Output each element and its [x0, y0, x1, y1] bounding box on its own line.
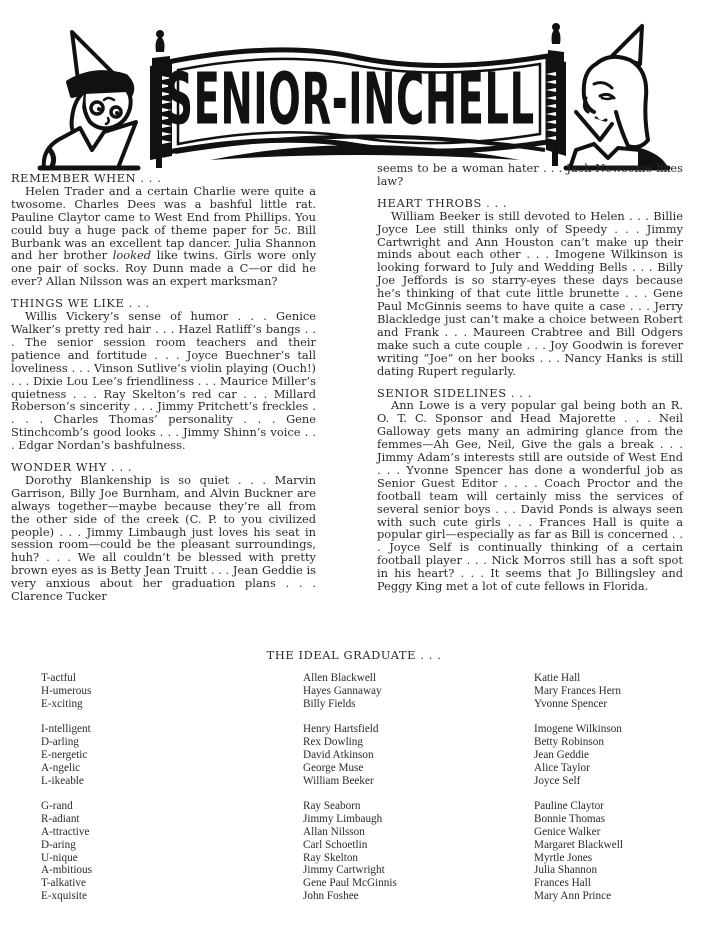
- boy-name: Jimmy Cartwright: [303, 864, 397, 877]
- boy-name: William Beeker: [303, 775, 397, 788]
- girl-name: Frances Hall: [534, 877, 623, 890]
- trait-item: A-ttractive: [41, 826, 92, 839]
- girl-name: Genice Walker: [534, 826, 623, 839]
- boy-name: Hayes Gannaway: [303, 685, 397, 698]
- boy-name: Allan Nilsson: [303, 826, 397, 839]
- trait-item: A-mbitious: [41, 864, 92, 877]
- section-body: Willis Vickery’s sense of humor . . . Ge…: [11, 310, 316, 452]
- ideal-group-graduate: Ray SeabornJimmy LimbaughAllan NilssonCa…: [303, 800, 397, 902]
- right-column: seems to be a woman hater . . . Jack New…: [377, 162, 683, 602]
- trait-item: L-ikeable: [41, 775, 92, 788]
- trait-item: I-ntelligent: [41, 723, 92, 736]
- girl-name: Jean Geddie: [534, 749, 623, 762]
- trait-item: U-nique: [41, 852, 92, 865]
- section-things-we-like: THINGS WE LIKE . . . Willis Vickery’s se…: [11, 297, 316, 452]
- trait-item: D-arling: [41, 736, 92, 749]
- ideal-boys-column: Allen BlackwellHayes GannawayBilly Field…: [303, 672, 397, 916]
- section-wonder-why: WONDER WHY . . . Dorothy Blankenship is …: [11, 461, 316, 603]
- boy-name: Allen Blackwell: [303, 672, 397, 685]
- trait-item: E-xquisite: [41, 890, 92, 903]
- boy-name: Henry Hartsfield: [303, 723, 397, 736]
- newspaper-page: SENIOR-INCHELL REMEMBER WHEN . . . Helen…: [0, 0, 708, 940]
- ideal-group-graduate: G-randR-adiantA-ttractiveD-aringU-niqueA…: [41, 800, 92, 902]
- girl-name: Betty Robinson: [534, 736, 623, 749]
- trait-item: R-adiant: [41, 813, 92, 826]
- boy-name: David Atkinson: [303, 749, 397, 762]
- boy-name: John Foshee: [303, 890, 397, 903]
- section-body: William Beeker is still devoted to Helen…: [377, 210, 683, 378]
- trait-item: G-rand: [41, 800, 92, 813]
- boy-name: George Muse: [303, 762, 397, 775]
- boy-name: Gene Paul McGinnis: [303, 877, 397, 890]
- emphasis-text: looked: [113, 248, 151, 262]
- boy-in-party-hat-icon: [40, 32, 138, 168]
- section-heading: HEART THROBS . . .: [377, 197, 683, 210]
- trait-item: T-actful: [41, 672, 92, 685]
- trait-item: H-umerous: [41, 685, 92, 698]
- ideal-group-ideal: I-ntelligentD-arlingE-nergeticA-ngelicL-…: [41, 723, 92, 787]
- ideal-traits-column: T-actfulH-umerousE-xcitingI-ntelligentD-…: [41, 672, 92, 916]
- girl-name: Yvonne Spencer: [534, 698, 623, 711]
- boy-name: Ray Skelton: [303, 852, 397, 865]
- girl-name: Mary Frances Hern: [534, 685, 623, 698]
- section-body: Helen Trader and a certain Charlie were …: [11, 185, 316, 288]
- trait-item: T-alkative: [41, 877, 92, 890]
- masthead: SENIOR-INCHELL: [0, 0, 708, 172]
- section-body: Ann Lowe is a very popular gal being bot…: [377, 399, 683, 593]
- girl-in-party-hat-icon: [566, 26, 668, 168]
- ideal-group-graduate: Pauline ClaytorBonnie ThomasGenice Walke…: [534, 800, 623, 902]
- boy-name: Jimmy Limbaugh: [303, 813, 397, 826]
- section-heart-throbs: HEART THROBS . . . William Beeker is sti…: [377, 197, 683, 378]
- trait-item: D-aring: [41, 839, 92, 852]
- girl-name: Myrtle Jones: [534, 852, 623, 865]
- ideal-girls-column: Katie HallMary Frances HernYvonne Spence…: [534, 672, 623, 916]
- boy-name: Ray Seaborn: [303, 800, 397, 813]
- trait-item: E-xciting: [41, 698, 92, 711]
- continued-text: seems to be a woman hater . . . Jack New…: [377, 162, 683, 188]
- section-heading: WONDER WHY . . .: [11, 461, 316, 474]
- boy-name: Billy Fields: [303, 698, 397, 711]
- girl-name: Margaret Blackwell: [534, 839, 623, 852]
- section-body: Dorothy Blankenship is so quiet . . . Ma…: [11, 474, 316, 603]
- ideal-group-the: Allen BlackwellHayes GannawayBilly Field…: [303, 672, 397, 710]
- girl-name: Bonnie Thomas: [534, 813, 623, 826]
- ideal-graduate-title: THE IDEAL GRADUATE . . .: [0, 648, 708, 662]
- girl-name: Alice Taylor: [534, 762, 623, 775]
- masthead-title: SENIOR-INCHELL: [242, 45, 459, 151]
- girl-name: Katie Hall: [534, 672, 623, 685]
- ideal-group-ideal: Imogene WilkinsonBetty RobinsonJean Gedd…: [534, 723, 623, 787]
- girl-name: Pauline Claytor: [534, 800, 623, 813]
- girl-name: Imogene Wilkinson: [534, 723, 623, 736]
- boy-name: Rex Dowling: [303, 736, 397, 749]
- trait-item: A-ngelic: [41, 762, 92, 775]
- section-remember-when: REMEMBER WHEN . . . Helen Trader and a c…: [11, 172, 316, 288]
- ideal-group-the: Katie HallMary Frances HernYvonne Spence…: [534, 672, 623, 710]
- girl-name: Julia Shannon: [534, 864, 623, 877]
- trait-item: E-nergetic: [41, 749, 92, 762]
- girl-name: Mary Ann Prince: [534, 890, 623, 903]
- left-column: REMEMBER WHEN . . . Helen Trader and a c…: [11, 172, 316, 612]
- ideal-group-the: T-actfulH-umerousE-xciting: [41, 672, 92, 710]
- section-senior-sidelines: SENIOR SIDELINES . . . Ann Lowe is a ver…: [377, 387, 683, 594]
- boy-name: Carl Schoetlin: [303, 839, 397, 852]
- ideal-group-ideal: Henry HartsfieldRex DowlingDavid Atkinso…: [303, 723, 397, 787]
- girl-name: Joyce Self: [534, 775, 623, 788]
